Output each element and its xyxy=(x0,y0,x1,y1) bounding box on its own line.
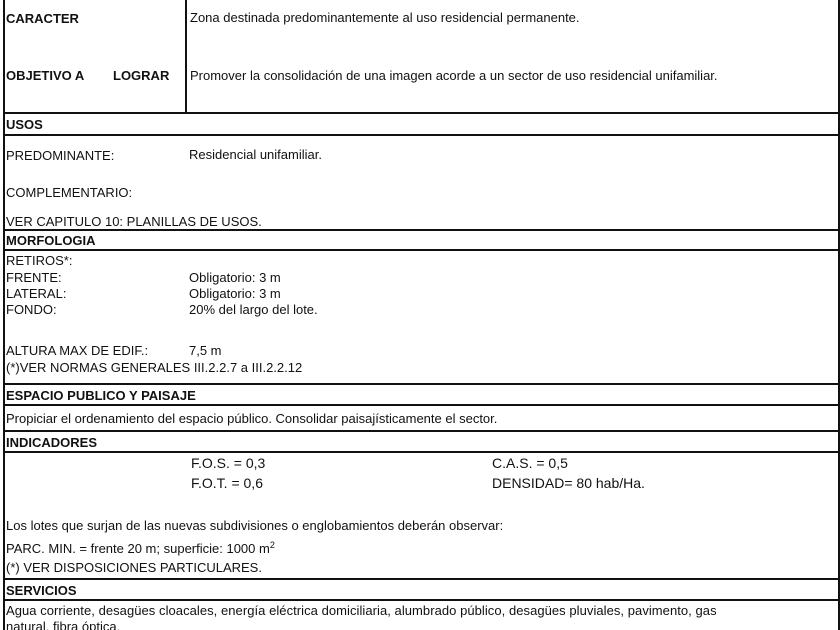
lotes-text: Los lotes que surjan de las nuevas subdi… xyxy=(6,518,503,533)
divider xyxy=(3,229,838,231)
frente-value: Obligatorio: 3 m xyxy=(189,270,281,285)
ver-capitulo-note: VER CAPITULO 10: PLANILLAS DE USOS. xyxy=(6,214,262,229)
fot-value: F.O.T. = 0,6 xyxy=(191,476,263,491)
square-superscript: 2 xyxy=(270,540,275,550)
divider xyxy=(3,404,838,406)
frente-label: FRENTE: xyxy=(6,270,62,285)
objetivo-label-b: LOGRAR xyxy=(113,68,169,83)
caracter-label: CARACTER xyxy=(6,11,79,26)
objetivo-label-a: OBJETIVO A xyxy=(6,68,84,83)
parcela-minima-text: PARC. MIN. = frente 20 m; superficie: 10… xyxy=(6,541,270,556)
servicios-text-line1: Agua corriente, desagües cloacales, ener… xyxy=(6,603,717,618)
espacio-publico-heading: ESPACIO PUBLICO Y PAISAJE xyxy=(6,388,196,403)
retiros-label: RETIROS*: xyxy=(6,253,72,268)
morfologia-note: (*)VER NORMAS GENERALES III.2.2.7 a III.… xyxy=(6,360,302,375)
servicios-text-line2: natural, fibra óptica. xyxy=(6,619,120,630)
divider xyxy=(3,451,838,453)
altura-value: 7,5 m xyxy=(189,343,222,358)
altura-label: ALTURA MAX DE EDIF.: xyxy=(6,343,148,358)
fondo-label: FONDO: xyxy=(6,302,57,317)
column-divider xyxy=(185,0,187,113)
zoning-document-page: CARACTER Zona destinada predominantement… xyxy=(0,0,840,630)
cas-value: C.A.S. = 0,5 xyxy=(492,456,568,471)
complementario-label: COMPLEMENTARIO: xyxy=(6,185,132,200)
divider xyxy=(3,383,838,385)
indicadores-heading: INDICADORES xyxy=(6,435,97,450)
lateral-value: Obligatorio: 3 m xyxy=(189,286,281,301)
divider xyxy=(3,578,838,580)
espacio-publico-text: Propiciar el ordenamiento del espacio pú… xyxy=(6,411,497,426)
caracter-value: Zona destinada predominantemente al uso … xyxy=(190,10,580,25)
indicadores-note: (*) VER DISPOSICIONES PARTICULARES. xyxy=(6,560,262,575)
lateral-label: LATERAL: xyxy=(6,286,66,301)
divider xyxy=(3,249,838,251)
divider xyxy=(3,599,838,601)
usos-heading: USOS xyxy=(6,117,43,132)
parcela-minima: PARC. MIN. = frente 20 m; superficie: 10… xyxy=(6,541,275,556)
predominante-label: PREDOMINANTE: xyxy=(6,148,114,163)
divider xyxy=(3,112,838,114)
densidad-value: DENSIDAD= 80 hab/Ha. xyxy=(492,476,645,491)
divider xyxy=(3,134,838,136)
objetivo-value: Promover la consolidación de una imagen … xyxy=(190,68,718,83)
divider xyxy=(3,430,838,432)
fondo-value: 20% del largo del lote. xyxy=(189,302,318,317)
morfologia-heading: MORFOLOGIA xyxy=(6,233,96,248)
table-frame xyxy=(3,0,840,630)
fos-value: F.O.S. = 0,3 xyxy=(191,456,265,471)
predominante-value: Residencial unifamiliar. xyxy=(189,147,322,162)
servicios-heading: SERVICIOS xyxy=(6,583,77,598)
